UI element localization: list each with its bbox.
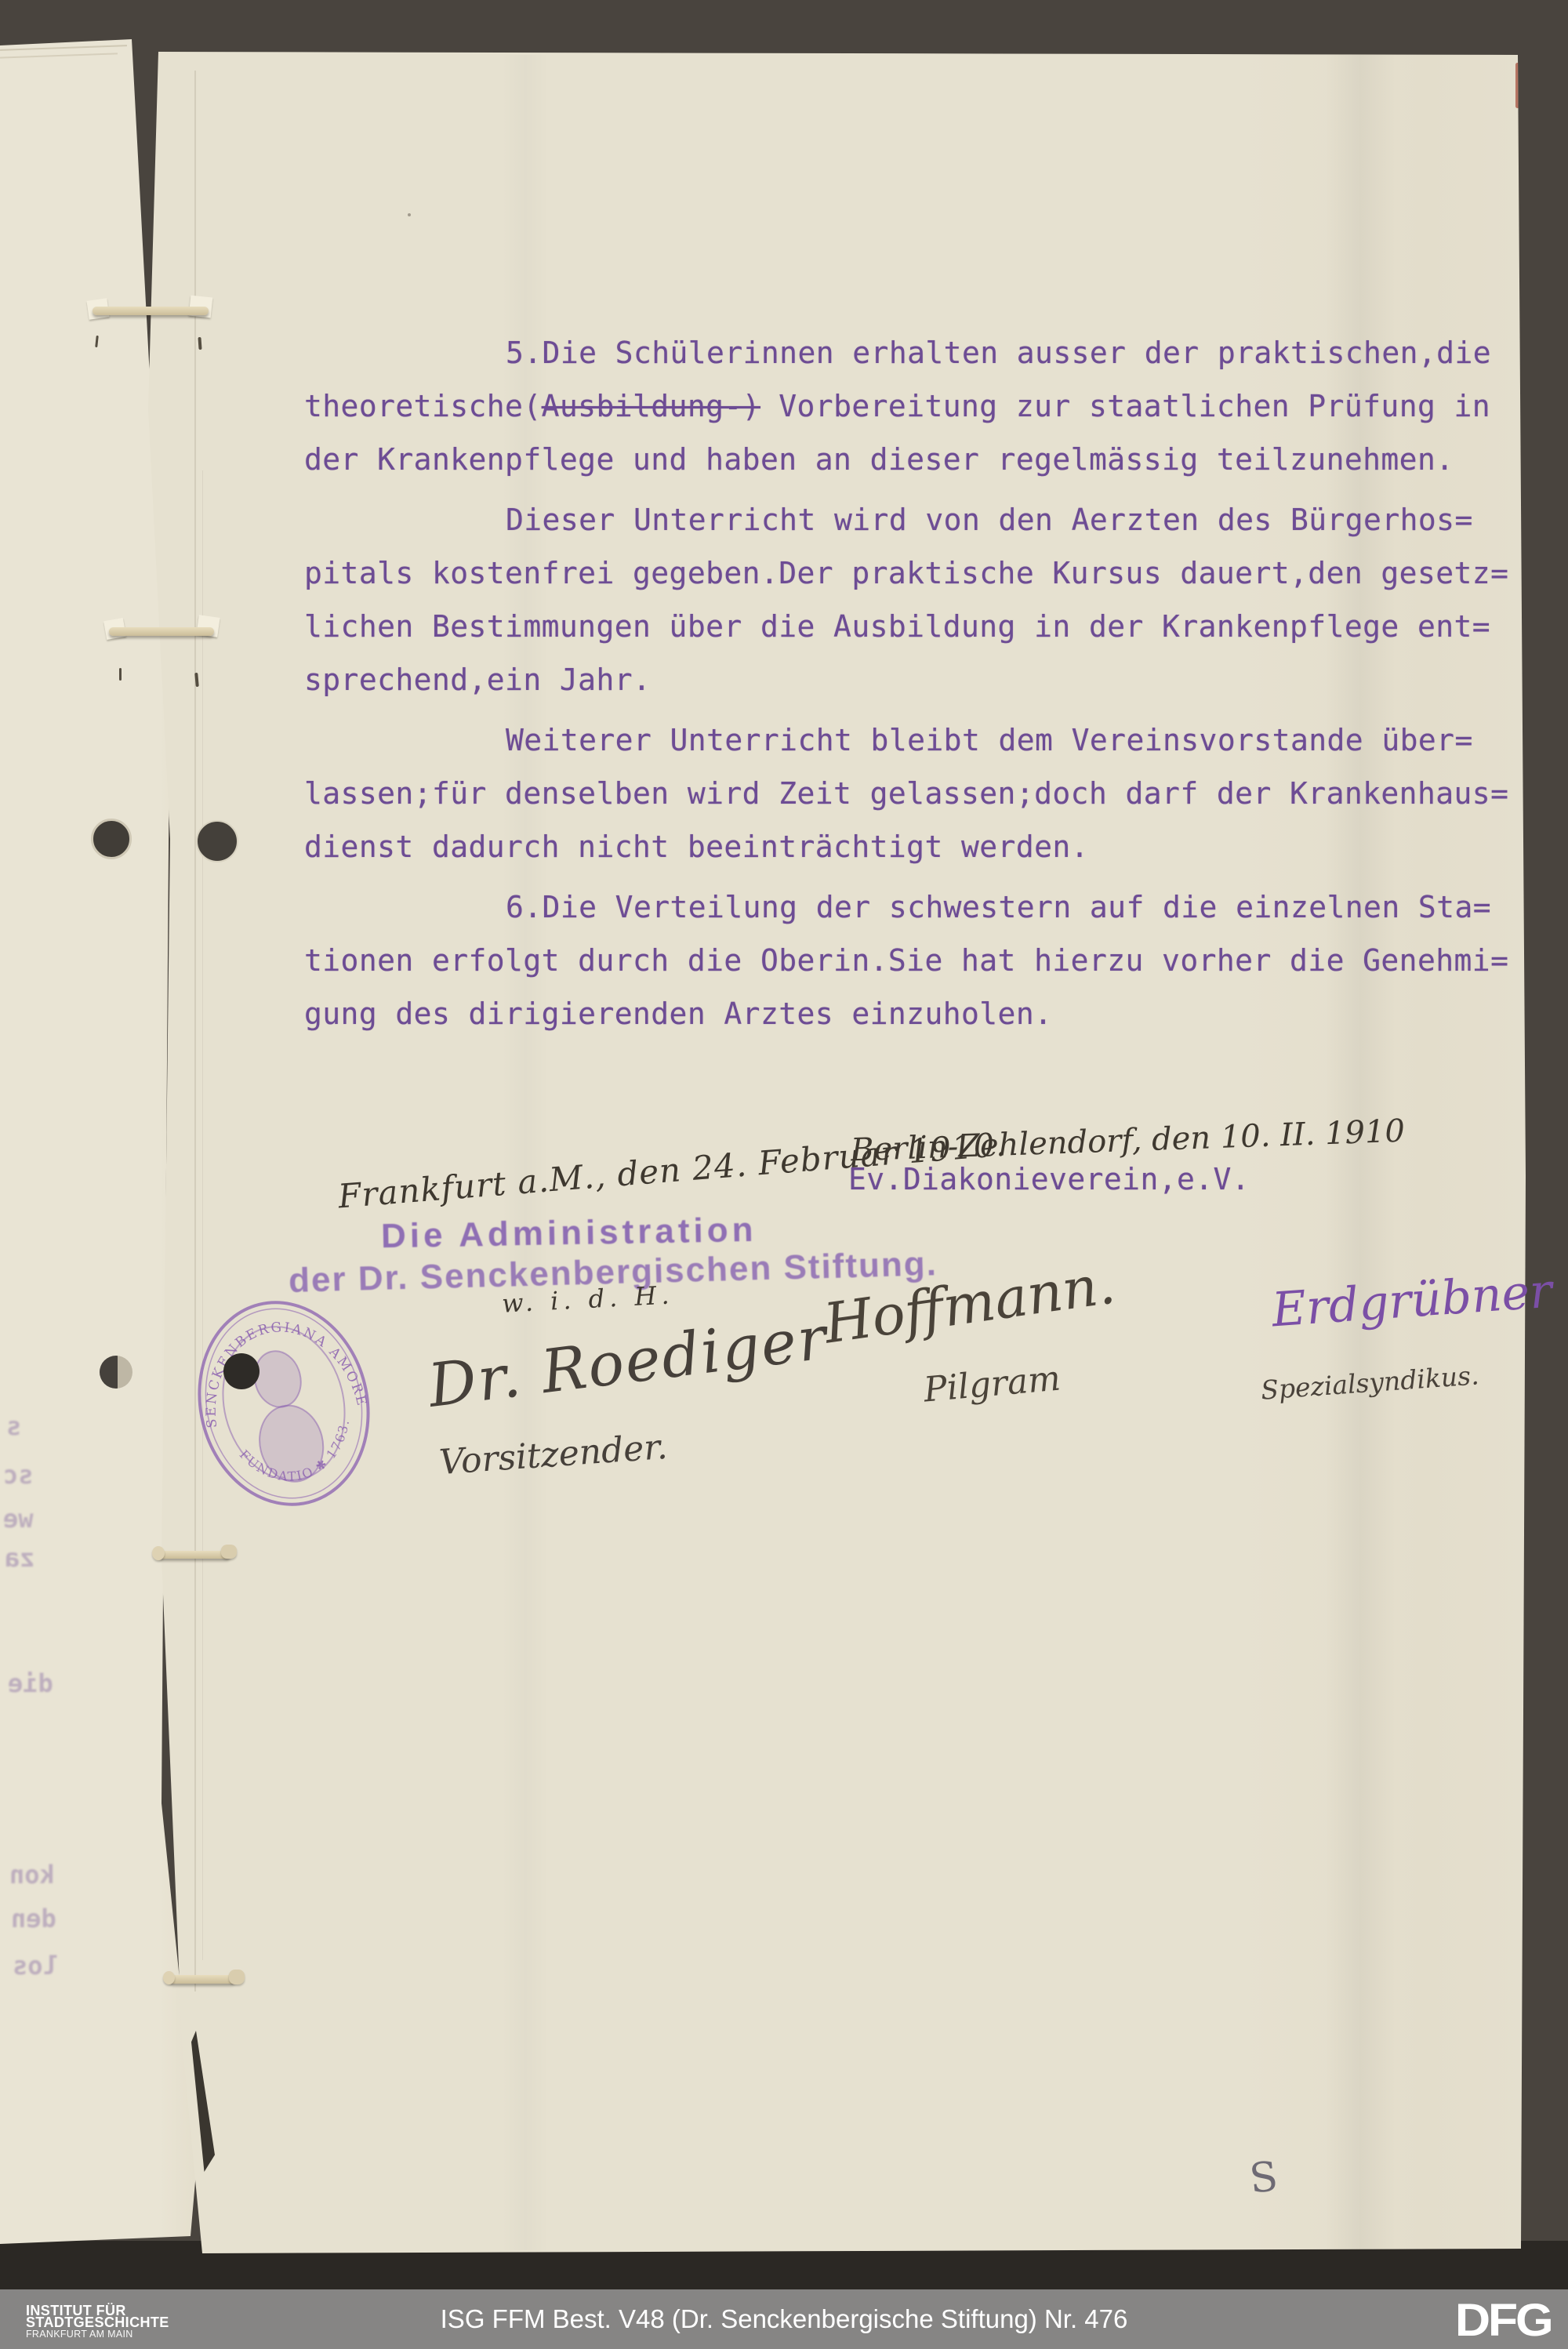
typewritten-line: der Krankenpflege und haben an dieser re… <box>304 442 1454 477</box>
typewritten-line: dienst dadurch nicht beeinträchtigt werd… <box>304 830 1089 864</box>
ghost-text-fragment: za <box>5 1543 35 1573</box>
typewritten-line: Weiterer Unterricht bleibt dem Vereinsvo… <box>506 723 1473 757</box>
strikethrough-text: Ausbildung-) <box>542 389 760 423</box>
pencil-mark: S <box>1247 2153 1280 2202</box>
dfg-logo: DFG <box>1454 2294 1551 2347</box>
paper-shading <box>1325 55 1396 2250</box>
ghost-text-fragment: we <box>3 1504 34 1534</box>
typewritten-line: 6.Die Verteilung der schwestern auf die … <box>506 890 1491 924</box>
thread-cord <box>109 627 214 636</box>
typewritten-text: theoretische( <box>304 389 542 423</box>
thread-cord <box>158 1551 230 1559</box>
thread-knot <box>221 1545 237 1559</box>
punch-hole <box>100 1356 132 1389</box>
footer-bar: INSTITUT FÜR STADTGESCHICHTE FRANKFURT A… <box>0 2289 1568 2349</box>
paper-edge-red-sliver <box>1515 63 1519 108</box>
punch-hole <box>91 819 132 859</box>
thread-cord <box>93 307 209 315</box>
thread-knot <box>152 1546 165 1560</box>
ghost-text-fragment: s <box>6 1411 21 1441</box>
typewritten-line: pitals kostenfrei gegeben.Der praktische… <box>304 556 1508 590</box>
ghost-text-fragment: die <box>8 1668 53 1698</box>
ghost-text-fragment: den <box>11 1904 56 1933</box>
paper-shading <box>502 55 549 2250</box>
typewritten-line: theoretische(Ausbildung-) Vorbereitung z… <box>304 389 1490 423</box>
thread-slit <box>119 668 122 681</box>
paper-speck <box>408 213 411 216</box>
typewritten-line: sprechend,ein Jahr. <box>304 663 651 697</box>
binding-thread <box>88 295 213 331</box>
administration-stamp-line1: Die Administration <box>381 1211 757 1256</box>
typewritten-line: tionen erfolgt durch die Oberin.Sie hat … <box>304 943 1508 978</box>
footer-reference: ISG FFM Best. V48 (Dr. Senckenbergische … <box>0 2304 1568 2334</box>
thread-knot <box>229 1970 245 1984</box>
punch-hole <box>223 1353 260 1389</box>
binding-thread <box>152 1540 238 1571</box>
binding-thread <box>163 1963 245 1995</box>
punch-hole <box>196 820 238 862</box>
ghost-text-fragment: los <box>13 1951 58 1980</box>
ghost-text-fragment: kon <box>9 1860 55 1890</box>
typewritten-line: lichen Bestimmungen über die Ausbildung … <box>304 609 1490 644</box>
document-scan: 5.Die Schülerinnen erhalten ausser der p… <box>0 0 1568 2349</box>
thread-knot <box>163 1971 175 1984</box>
binding-thread <box>105 616 220 652</box>
typewritten-line: 5.Die Schülerinnen erhalten ausser der p… <box>506 336 1491 370</box>
ghost-text-fragment: sc <box>3 1460 34 1490</box>
thread-cord <box>169 1975 235 1984</box>
typewritten-line: lassen;für denselben wird Zeit gelassen;… <box>304 776 1508 811</box>
typewritten-line: gung des dirigierenden Arztes einzuholen… <box>304 997 1052 1031</box>
paper-crease <box>202 470 203 1960</box>
typewritten-line: Dieser Unterricht wird von den Aerzten d… <box>506 503 1473 537</box>
typewritten-text: Vorbereitung zur staatlichen Prüfung in <box>760 389 1490 423</box>
paper-crease <box>194 71 196 1991</box>
